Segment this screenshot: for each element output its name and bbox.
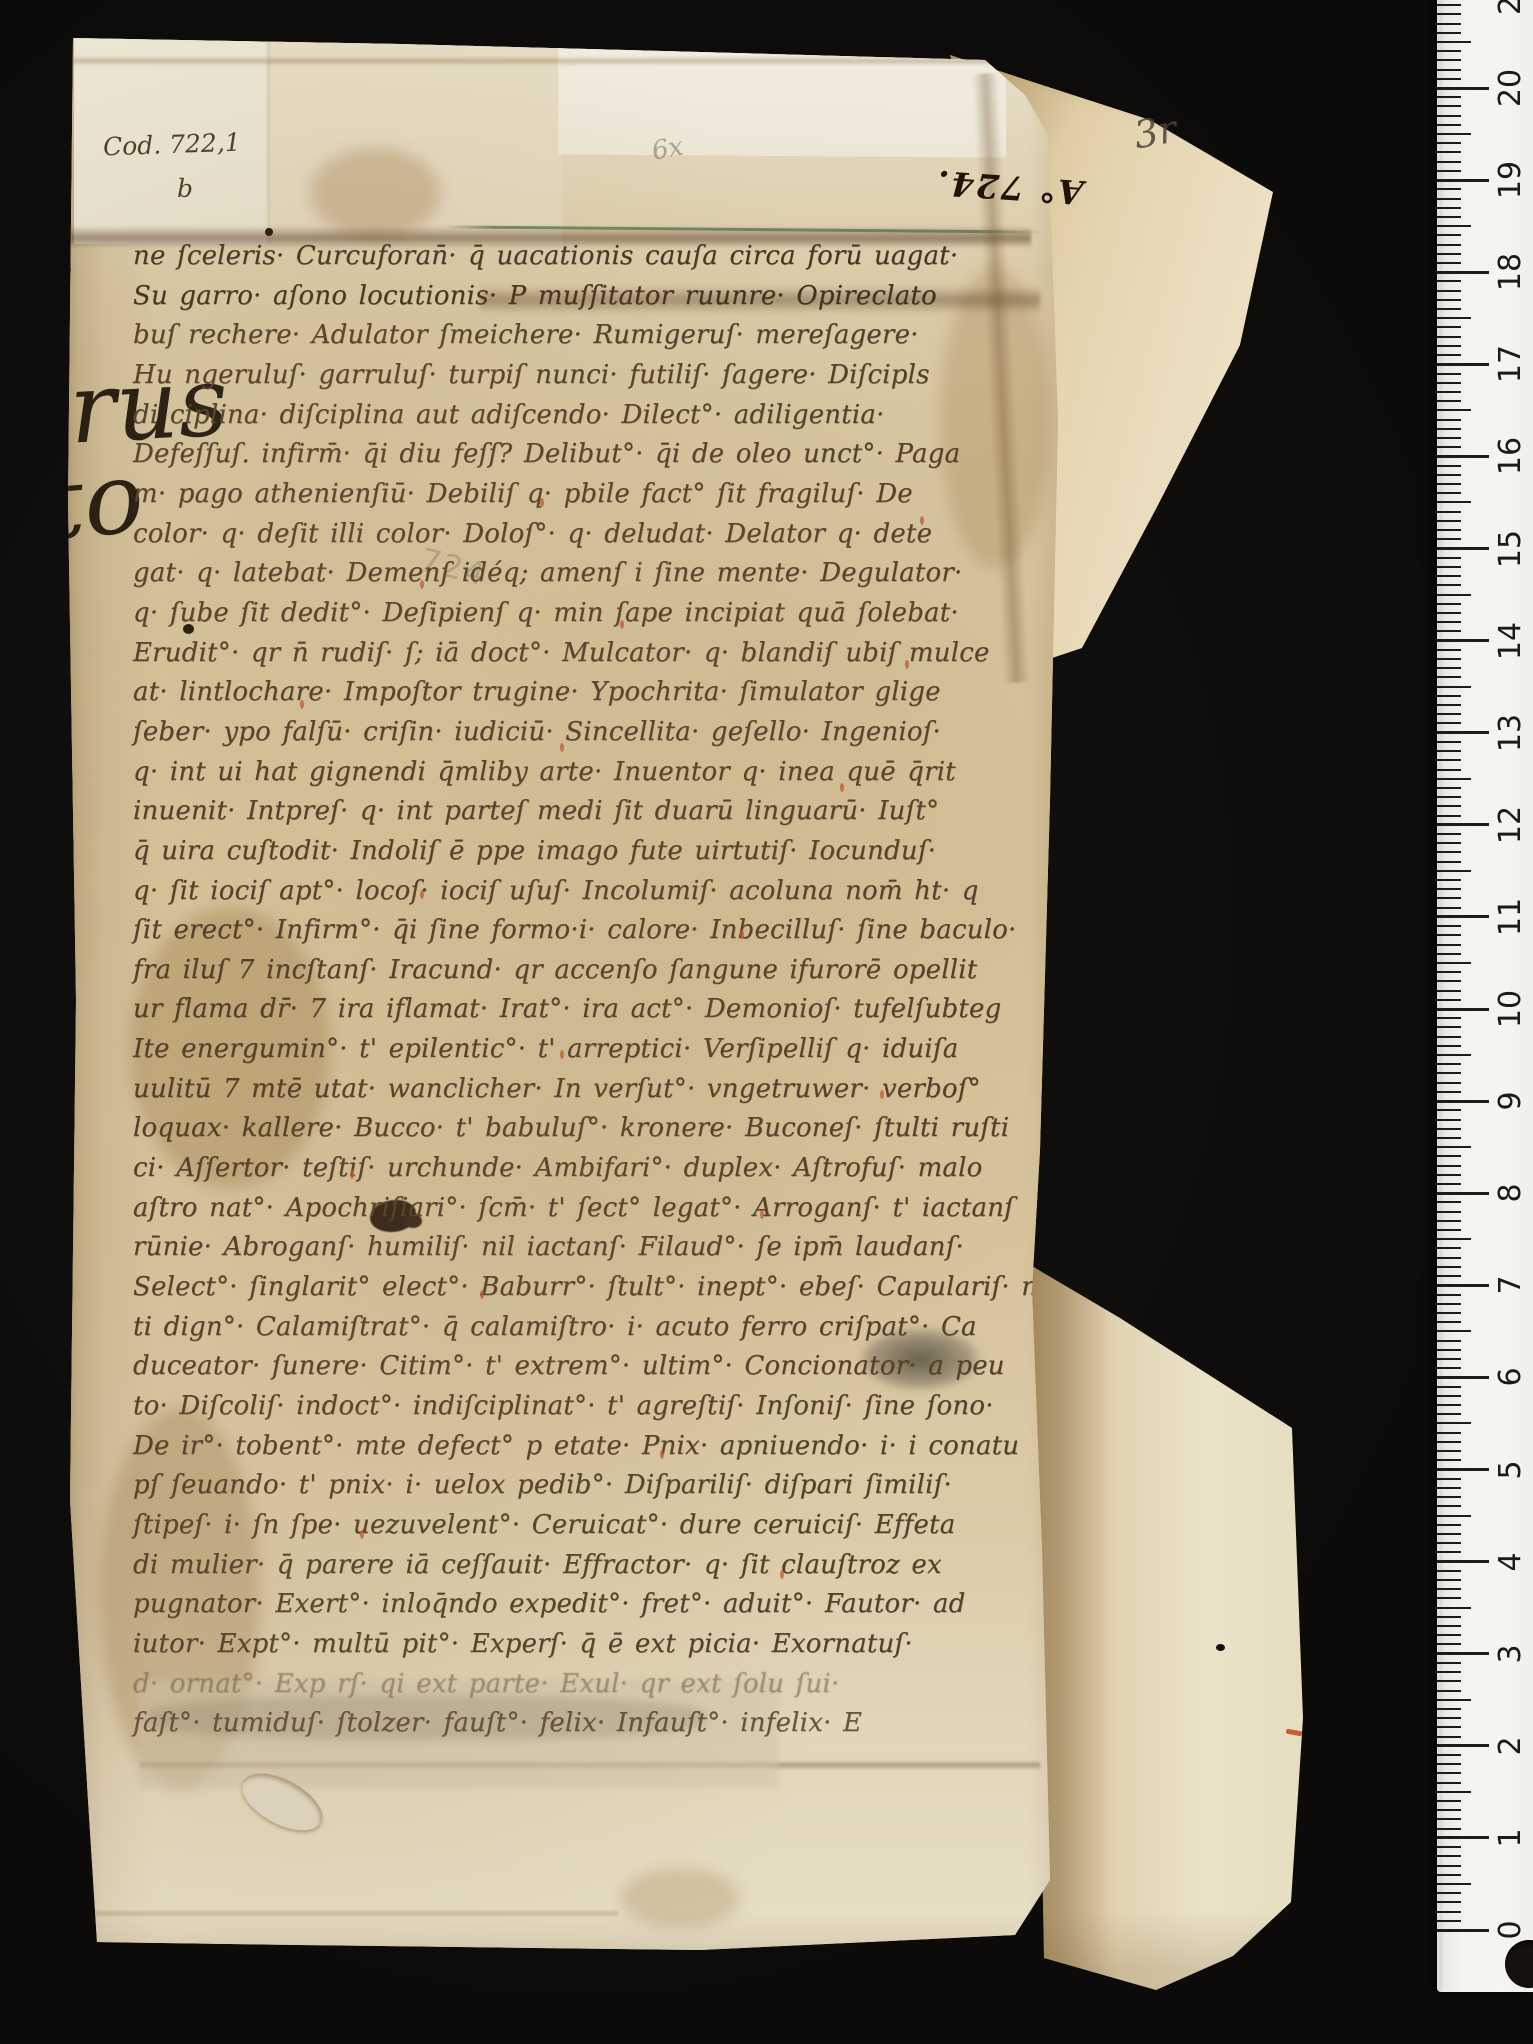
ruler-tick-half-cm [1437, 1883, 1471, 1885]
ruler-tick-half-cm [1437, 133, 1471, 135]
manuscript-line-13: ſeber· ypo falſū· criſin· iudiciū· Since… [133, 713, 1045, 753]
manuscript-line-9: gat· q· latebat· Demenſ idéq; amenſ i ſi… [133, 554, 1045, 594]
ruler-tick-mm [1437, 115, 1461, 117]
ruler-tick-mm [1437, 1026, 1461, 1028]
manuscript-line-36: iutor· Expt°· multū pit°· Experſ· q̄ ē e… [133, 1625, 1045, 1665]
ruler-tick-mm [1437, 879, 1461, 881]
ruler-tick-half-cm [1437, 1607, 1471, 1609]
ruler-tick-mm [1437, 1247, 1461, 1249]
ruler-tick-mm [1437, 529, 1461, 531]
manuscript-line-8: color· q· deſit illi color· Doloſ°· q· d… [133, 515, 1045, 555]
rubric-accent [560, 743, 564, 752]
ruler-tick-mm [1437, 1579, 1461, 1581]
ruler-tick-mm [1437, 1340, 1461, 1342]
manuscript-line-34: di mulier· q̄ parere iā ceſſauit· Effrac… [133, 1546, 1045, 1586]
ruler-tick-mm [1437, 1441, 1461, 1443]
faint-note: 6x [650, 132, 686, 167]
ruler-tick-mm [1437, 953, 1461, 955]
rubric-accent [880, 1090, 884, 1099]
ruler-tick-half-cm [1437, 317, 1471, 319]
ruler-number: 18 [1490, 249, 1530, 295]
manuscript-line-27: Select°· ſinglarit° elect°· Baburr°· ſtu… [133, 1268, 1045, 1308]
ruler-tick-mm [1437, 373, 1461, 375]
rubric-accent [840, 783, 844, 792]
ruler-tick-mm [1437, 474, 1461, 476]
red-speck [64, 266, 71, 273]
ruler-tick-mm [1437, 1395, 1461, 1397]
ruler-tick-mm [1437, 1312, 1461, 1314]
ruler-number: 5 [1490, 1447, 1530, 1493]
ruler-tick-mm [1437, 1533, 1461, 1535]
rubric-accent [905, 660, 909, 669]
ruler-tick-mm [1437, 1201, 1461, 1203]
ruler-tick-mm [1437, 759, 1461, 761]
ruler-tick-mm [1437, 1183, 1461, 1185]
ruler-number: 4 [1490, 1539, 1530, 1585]
ruler-tick-mm [1437, 234, 1461, 236]
ruler-tick-mm [1437, 59, 1461, 61]
ruler-tick-mm [1437, 695, 1461, 697]
repair-patch-mid [270, 36, 562, 244]
ruler-number: 21 [1490, 0, 1530, 19]
ruler-tick-mm [1437, 1017, 1461, 1019]
manuscript-line-26: rūnie· Abroganſ· humiliſ· nil iactanſ· F… [133, 1228, 1045, 1268]
ruler-number: 6 [1490, 1354, 1530, 1400]
ruler-tick-mm [1437, 1072, 1461, 1074]
ruler-tick-mm [1437, 1874, 1461, 1876]
ruler-tick-mm [1437, 1865, 1461, 1867]
ruler-tick-cm [1437, 731, 1489, 734]
manuscript-line-19: fra iluſ 7 incſtanſ· Iracund· qr accenſo… [133, 951, 1045, 991]
ruler-tick-mm [1437, 1772, 1461, 1774]
manuscript-line-29: duceator· ſunere· Citim°· t' extrem°· ul… [133, 1347, 1045, 1387]
manuscript-line-21: Ite energumin°· t' epilentic°· t' arrept… [133, 1030, 1045, 1070]
ruler-tick-mm [1437, 1275, 1461, 1277]
ruler-tick-mm [1437, 32, 1461, 34]
manuscript-line-4: Hu ngeruluſ· garruluſ· turpiſ nunci· fut… [133, 356, 1045, 396]
ruler-tick-mm [1437, 400, 1461, 402]
ruler-tick-mm [1437, 704, 1461, 706]
ruler-tick-mm [1437, 796, 1461, 798]
ruler-tick-cm [1437, 179, 1489, 182]
ruler-tick-cm [1437, 1192, 1489, 1195]
ruler-tick-mm [1437, 437, 1461, 439]
rubric-accent [760, 1210, 764, 1219]
ruler-tick-cm [1437, 823, 1489, 826]
ruler-tick-mm [1437, 1404, 1461, 1406]
ruler-tick-mm [1437, 1809, 1461, 1811]
ruler-tick-mm [1437, 1782, 1461, 1784]
manuscript-line-22: uulitū 7 mtē utat· wanclicher· In verſut… [133, 1070, 1045, 1110]
manuscript-line-16: q̄ uira cuſtodit· Indoliſ ē ppe imago fu… [133, 832, 1045, 872]
ruler-tick-mm [1437, 925, 1461, 927]
ruler-tick-mm [1437, 1386, 1461, 1388]
ruler-tick-mm [1437, 787, 1461, 789]
ruler-tick-mm [1437, 1294, 1461, 1296]
ruler-tick-mm [1437, 1763, 1461, 1765]
rubric-accent [780, 1570, 784, 1579]
folio-number: 3r [1131, 107, 1180, 158]
ruler-number: 8 [1490, 1170, 1530, 1216]
ruler-tick-mm [1437, 1680, 1461, 1682]
ruler-tick-mm [1437, 1211, 1461, 1213]
ruler-tick-mm [1437, 1119, 1461, 1121]
ruler-tick-mm [1437, 1063, 1461, 1065]
ruler-tick-cm [1437, 271, 1489, 274]
ruler-tick-mm [1437, 1662, 1461, 1664]
ruler-number: 15 [1490, 526, 1530, 572]
rubric-accent [360, 1530, 364, 1539]
ruler-tick-mm [1437, 1367, 1461, 1369]
ruler-tick-mm [1437, 1174, 1461, 1176]
ruler-tick-mm [1437, 907, 1461, 909]
crease [78, 1910, 618, 1917]
ruler-tick-mm [1437, 1321, 1461, 1323]
ruler-number: 13 [1490, 710, 1530, 756]
manuscript-line-35: pugnator· Exert°· inloq̄ndo expedit°· fr… [133, 1585, 1045, 1625]
ruler-tick-mm [1437, 1920, 1461, 1922]
ruler-tick-mm [1437, 1708, 1461, 1710]
ruler-tick-mm [1437, 1505, 1461, 1507]
ruler-tick-mm [1437, 492, 1461, 494]
ruler-tick-mm [1437, 667, 1461, 669]
ruler-tick-mm [1437, 897, 1461, 899]
manuscript-line-1: ne ſceleris· Curcuforan̄· q̄ uacationis … [133, 237, 1045, 277]
ruler-tick-mm [1437, 1229, 1461, 1231]
ruler-tick-mm [1437, 769, 1461, 771]
manuscript-line-7: m· pago athenienſiū· Debiliſ q· pbile fa… [133, 475, 1045, 515]
ruler-number: 12 [1490, 802, 1530, 848]
manuscript-line-10: q· ſube ſit dedit°· Deſipienſ q· min ſap… [133, 594, 1045, 634]
manuscript-text-block: ne ſceleris· Curcuforan̄· q̄ uacationis … [133, 237, 1045, 1744]
ruler-tick-half-cm [1437, 1791, 1471, 1793]
manuscript-page: erus to Cod. 722,1 b 6x 724 ne ſceleris·… [60, 28, 1070, 1963]
ruler-tick-mm [1437, 1137, 1461, 1139]
ruler-tick-mm [1437, 1303, 1461, 1305]
ruler-tick-mm [1437, 621, 1461, 623]
manuscript-line-23: loquax· kallere· Bucco· t' babuluſ°· kro… [133, 1109, 1045, 1149]
ruler-tick-mm [1437, 198, 1461, 200]
ruler-tick-half-cm [1437, 501, 1471, 503]
ruler-tick-cm [1437, 1836, 1489, 1839]
manuscript-line-18: ſit erect°· Infirm°· q̄i ſine formo·i· c… [133, 911, 1045, 951]
ruler-tick-half-cm [1437, 1146, 1471, 1148]
ruler-number: 20 [1490, 65, 1530, 111]
ruler-tick-half-cm [1437, 962, 1471, 964]
ruler-tick-mm [1437, 1901, 1461, 1903]
ruler-tick-mm [1437, 23, 1461, 25]
ruler-tick-mm [1437, 980, 1461, 982]
ruler-number: 2 [1490, 1723, 1530, 1769]
ruler-tick-mm [1437, 216, 1461, 218]
ruler-tick-cm [1437, 1744, 1489, 1747]
photograph: erus to Cod. 722,1 b 6x 724 ne ſceleris·… [0, 0, 1533, 2044]
ruler-tick-mm [1437, 170, 1461, 172]
ruler-tick-mm [1437, 1128, 1461, 1130]
ruler-tick-mm [1437, 1165, 1461, 1167]
ruler-tick-mm [1437, 1588, 1461, 1590]
ruler-tick-cm [1437, 1376, 1489, 1379]
ruler-number: 16 [1490, 433, 1530, 479]
ruler-tick-mm [1437, 308, 1461, 310]
ruler-tick-mm [1437, 1911, 1461, 1913]
ruler-tick-half-cm [1437, 686, 1471, 688]
ruler-tick-mm [1437, 69, 1461, 71]
ruler-tick-mm [1437, 105, 1461, 107]
ruler-tick-mm [1437, 584, 1461, 586]
ruler-tick-mm [1437, 1036, 1461, 1038]
shelfmark-note: Cod. 722,1 [103, 128, 242, 162]
ruler-number: 7 [1490, 1262, 1530, 1308]
rubric-accent [560, 1050, 564, 1059]
ruler-tick-mm [1437, 124, 1461, 126]
ruler-tick-mm [1437, 999, 1461, 1001]
ruler-tick-mm [1437, 1045, 1461, 1047]
ruler-tick-mm [1437, 944, 1461, 946]
ruler-tick-mm [1437, 1542, 1461, 1544]
parchment-flap-bottom-right [1020, 1250, 1320, 2000]
manuscript-line-37: d· ornat°· Exp rſ· qi ext parte· Exul· q… [133, 1665, 1045, 1705]
ruler-tick-mm [1437, 1551, 1461, 1553]
ruler-tick-mm [1437, 741, 1461, 743]
ruler-number: 11 [1490, 894, 1530, 940]
ruler-tick-mm [1437, 1413, 1461, 1415]
ruler-tick-mm [1437, 1625, 1461, 1627]
ruler-tick-mm [1437, 50, 1461, 52]
ruler-tick-half-cm [1437, 870, 1471, 872]
ruler-tick-mm [1437, 262, 1461, 264]
ruler-tick-mm [1437, 428, 1461, 430]
manuscript-line-30: to· Diſcoliſ· indoct°· indiſciplinat°· t… [133, 1387, 1045, 1427]
crease [72, 56, 1012, 66]
manuscript-line-24: ci· Aſſertor· teſtiſ· urchunde· Ambifari… [133, 1149, 1045, 1189]
worm-hole [265, 228, 273, 236]
manuscript-line-20: ur flama dr̄· 7 ira iflamat· Irat°· ira … [133, 990, 1045, 1030]
ruler-tick-mm [1437, 13, 1461, 15]
ruler-tick-cm [1437, 1100, 1489, 1103]
ruler-tick-cm [1437, 1929, 1489, 1932]
ruler-number: 19 [1490, 157, 1530, 203]
ruler-tick-mm [1437, 815, 1461, 817]
ruler-tick-mm [1437, 1082, 1461, 1084]
ruler-tick-mm [1437, 336, 1461, 338]
manuscript-line-6: Defeſſuſ. infirm̄· q̄i diu feſſ? Delibut… [133, 435, 1045, 475]
ruler-tick-mm [1437, 566, 1461, 568]
ruler-tick-half-cm [1437, 41, 1471, 43]
ruler-number: 10 [1490, 986, 1530, 1032]
ruler-tick-cm [1437, 87, 1489, 90]
ruler-number: 9 [1490, 1078, 1530, 1124]
ruler-tick-mm [1437, 1597, 1461, 1599]
ruler-tick-mm [1437, 1643, 1461, 1645]
ruler-tick-half-cm [1437, 594, 1471, 596]
ruler-tick-mm [1437, 861, 1461, 863]
ruler-tick-mm [1437, 326, 1461, 328]
ruler-tick-cm [1437, 1284, 1489, 1287]
ruler-tick-cm [1437, 1008, 1489, 1011]
ruler-tick-mm [1437, 603, 1461, 605]
ruler-tick-mm [1437, 722, 1461, 724]
rubric-accent [480, 1290, 484, 1299]
ruler-tick-mm [1437, 1570, 1461, 1572]
rubric-accent [420, 890, 424, 899]
stitch-hole [1216, 1644, 1225, 1651]
ruler-tick-cm [1437, 1468, 1489, 1471]
manuscript-line-3: buſ rechere· Adulator ſmeichere· Rumiger… [133, 316, 1045, 356]
manuscript-line-33: ſtipeſ· i· ſn ſpe· uezuvelent°· Ceruicat… [133, 1506, 1045, 1546]
ruler-tick-mm [1437, 520, 1461, 522]
margin-title-fragment-to: to [40, 448, 148, 555]
ruler-tick-half-cm [1437, 1330, 1471, 1332]
ruler-tick-mm [1437, 290, 1461, 292]
ruler-tick-half-cm [1437, 225, 1471, 227]
ruler-number: 1 [1490, 1815, 1530, 1861]
repair-patch-top [558, 36, 1006, 157]
ruler-tick-mm [1437, 971, 1461, 973]
manuscript-line-17: q· ſit iociſ apt°· locoſ· iociſ uſuſ· In… [133, 872, 1045, 912]
ruler-tick-cm [1437, 1560, 1489, 1563]
ruler-tick-cm [1437, 455, 1489, 458]
ruler-tick-mm [1437, 253, 1461, 255]
manuscript-line-38: faſt°· tumiduſ· ſtolzer· fauſt°· felix· … [133, 1704, 1045, 1744]
ruler-tick-mm [1437, 1717, 1461, 1719]
manuscript-line-2: Su garro· aſono locutionis· P muſſitator… [133, 277, 1045, 317]
ruler-tick-cm [1437, 639, 1489, 642]
ruler-tick-cm [1437, 915, 1489, 918]
ruler-tick-mm [1437, 151, 1461, 153]
ruler-tick-mm [1437, 78, 1461, 80]
green-tape-line [445, 225, 1045, 233]
ruler-tick-half-cm [1437, 1515, 1471, 1517]
ruler-tick-mm [1437, 1828, 1461, 1830]
ruler-tick-mm [1437, 1892, 1461, 1894]
manuscript-line-12: at· lintlochare· Impoſtor trugine· Ypoch… [133, 673, 1045, 713]
rubric-accent [660, 1450, 664, 1459]
manuscript-line-5: di ciplina· diſciplina aut adiſcendo· Di… [133, 396, 1045, 436]
ruler-tick-mm [1437, 446, 1461, 448]
ruler-tick-mm [1437, 833, 1461, 835]
rubric-accent [740, 930, 744, 939]
ruler-tick-mm [1437, 1487, 1461, 1489]
ruler-tick-mm [1437, 511, 1461, 513]
ruler-tick-mm [1437, 1450, 1461, 1452]
ruler-tick-mm [1437, 382, 1461, 384]
manuscript-line-14: q· int ui hat gignendi q̄mliby arte· Inu… [133, 753, 1045, 793]
ruler-tick-mm [1437, 1257, 1461, 1259]
ruler-tick-mm [1437, 805, 1461, 807]
ruler-tick-mm [1437, 612, 1461, 614]
ruler-tick-mm [1437, 354, 1461, 356]
stain [620, 1868, 740, 1928]
ruler-tick-half-cm [1437, 1054, 1471, 1056]
ruler-tick-mm [1437, 1432, 1461, 1434]
manuscript-line-31: De ir°· tobent°· mte defect° p etate· Pn… [133, 1427, 1045, 1467]
ruler-tick-mm [1437, 575, 1461, 577]
ruler-tick-half-cm [1437, 1422, 1471, 1424]
ruler-tick-mm [1437, 658, 1461, 660]
ruler-tick-half-cm [1437, 1238, 1471, 1240]
ruler-tick-mm [1437, 851, 1461, 853]
ruler-tick-mm [1437, 1358, 1461, 1360]
ruler-tick-mm [1437, 1109, 1461, 1111]
rubric-accent [350, 1170, 354, 1179]
ruler-tick-mm [1437, 96, 1461, 98]
ruler-tick-mm [1437, 1524, 1461, 1526]
ruler-tick-mm [1437, 888, 1461, 890]
ruler-tick-mm [1437, 1459, 1461, 1461]
ruler-tick-mm [1437, 1846, 1461, 1848]
ruler-tick-cm [1437, 1652, 1489, 1655]
ruler-number: 3 [1490, 1631, 1530, 1677]
ruler-tick-mm [1437, 1736, 1461, 1738]
ruler-tick-mm [1437, 1634, 1461, 1636]
ruler-tick-mm [1437, 1220, 1461, 1222]
ruler-tick-mm [1437, 345, 1461, 347]
ruler-tick-mm [1437, 557, 1461, 559]
ruler-tick-mm [1437, 207, 1461, 209]
ruler-tick-mm [1437, 1349, 1461, 1351]
ruler-number: 0 [1490, 1907, 1530, 1953]
red-speck [59, 280, 64, 285]
ruler-tick-half-cm [1437, 1699, 1471, 1701]
rubric-accent [300, 700, 304, 709]
ruler-tick-mm [1437, 1800, 1461, 1802]
ruler-tick-mm [1437, 188, 1461, 190]
ruler-tick-half-cm [1437, 778, 1471, 780]
shelfmark-suffix: b [177, 174, 193, 203]
ruler-tick-mm [1437, 538, 1461, 540]
ruler-tick-mm [1437, 419, 1461, 421]
ruler-tick-mm [1437, 1671, 1461, 1673]
ruler-tick-mm [1437, 750, 1461, 752]
rubric-accent [540, 498, 544, 507]
ruler-tick-mm [1437, 1091, 1461, 1093]
rubric-accent [620, 620, 624, 629]
ruler-number: 17 [1490, 341, 1530, 387]
ruler-tick-mm [1437, 4, 1461, 6]
ruler-tick-mm [1437, 1855, 1461, 1857]
ruler-tick-mm [1437, 299, 1461, 301]
ruler-tick-half-cm [1437, 409, 1471, 411]
ruler-tick-mm [1437, 713, 1461, 715]
ruler-tick-mm [1437, 1690, 1461, 1692]
ruler-tick-mm [1437, 1754, 1461, 1756]
manuscript-line-28: ti dign°· Calamiſtrat°· q̄ calamiſtro· i… [133, 1308, 1045, 1348]
ruler-tick-mm [1437, 1266, 1461, 1268]
ruler-tick-mm [1437, 465, 1461, 467]
ruler-tick-mm [1437, 161, 1461, 163]
stain [310, 148, 440, 238]
ruler-tick-mm [1437, 391, 1461, 393]
ruler-tick-mm [1437, 842, 1461, 844]
ruler-tick-mm [1437, 1726, 1461, 1728]
ruler-tick-mm [1437, 990, 1461, 992]
manuscript-line-25: aſtro nat°· Apochriſiari°· ſcm̄· t' ſect… [133, 1189, 1045, 1229]
ruler-tick-cm [1437, 363, 1489, 366]
ruler-tick-mm [1437, 630, 1461, 632]
manuscript-line-32: pſ ſeuando· t' pnix· i· uelox pedib°· Di… [133, 1466, 1045, 1506]
ruler-tick-mm [1437, 1496, 1461, 1498]
rubric-accent [420, 580, 424, 589]
ruler-tick-mm [1437, 142, 1461, 144]
ruler-tick-mm [1437, 244, 1461, 246]
rubric-accent [920, 516, 924, 525]
ruler-tick-mm [1437, 649, 1461, 651]
ruler-tick-mm [1437, 1616, 1461, 1618]
ruler-tick-mm [1437, 934, 1461, 936]
ruler-tick-mm [1437, 483, 1461, 485]
ruler-number: 14 [1490, 618, 1530, 664]
